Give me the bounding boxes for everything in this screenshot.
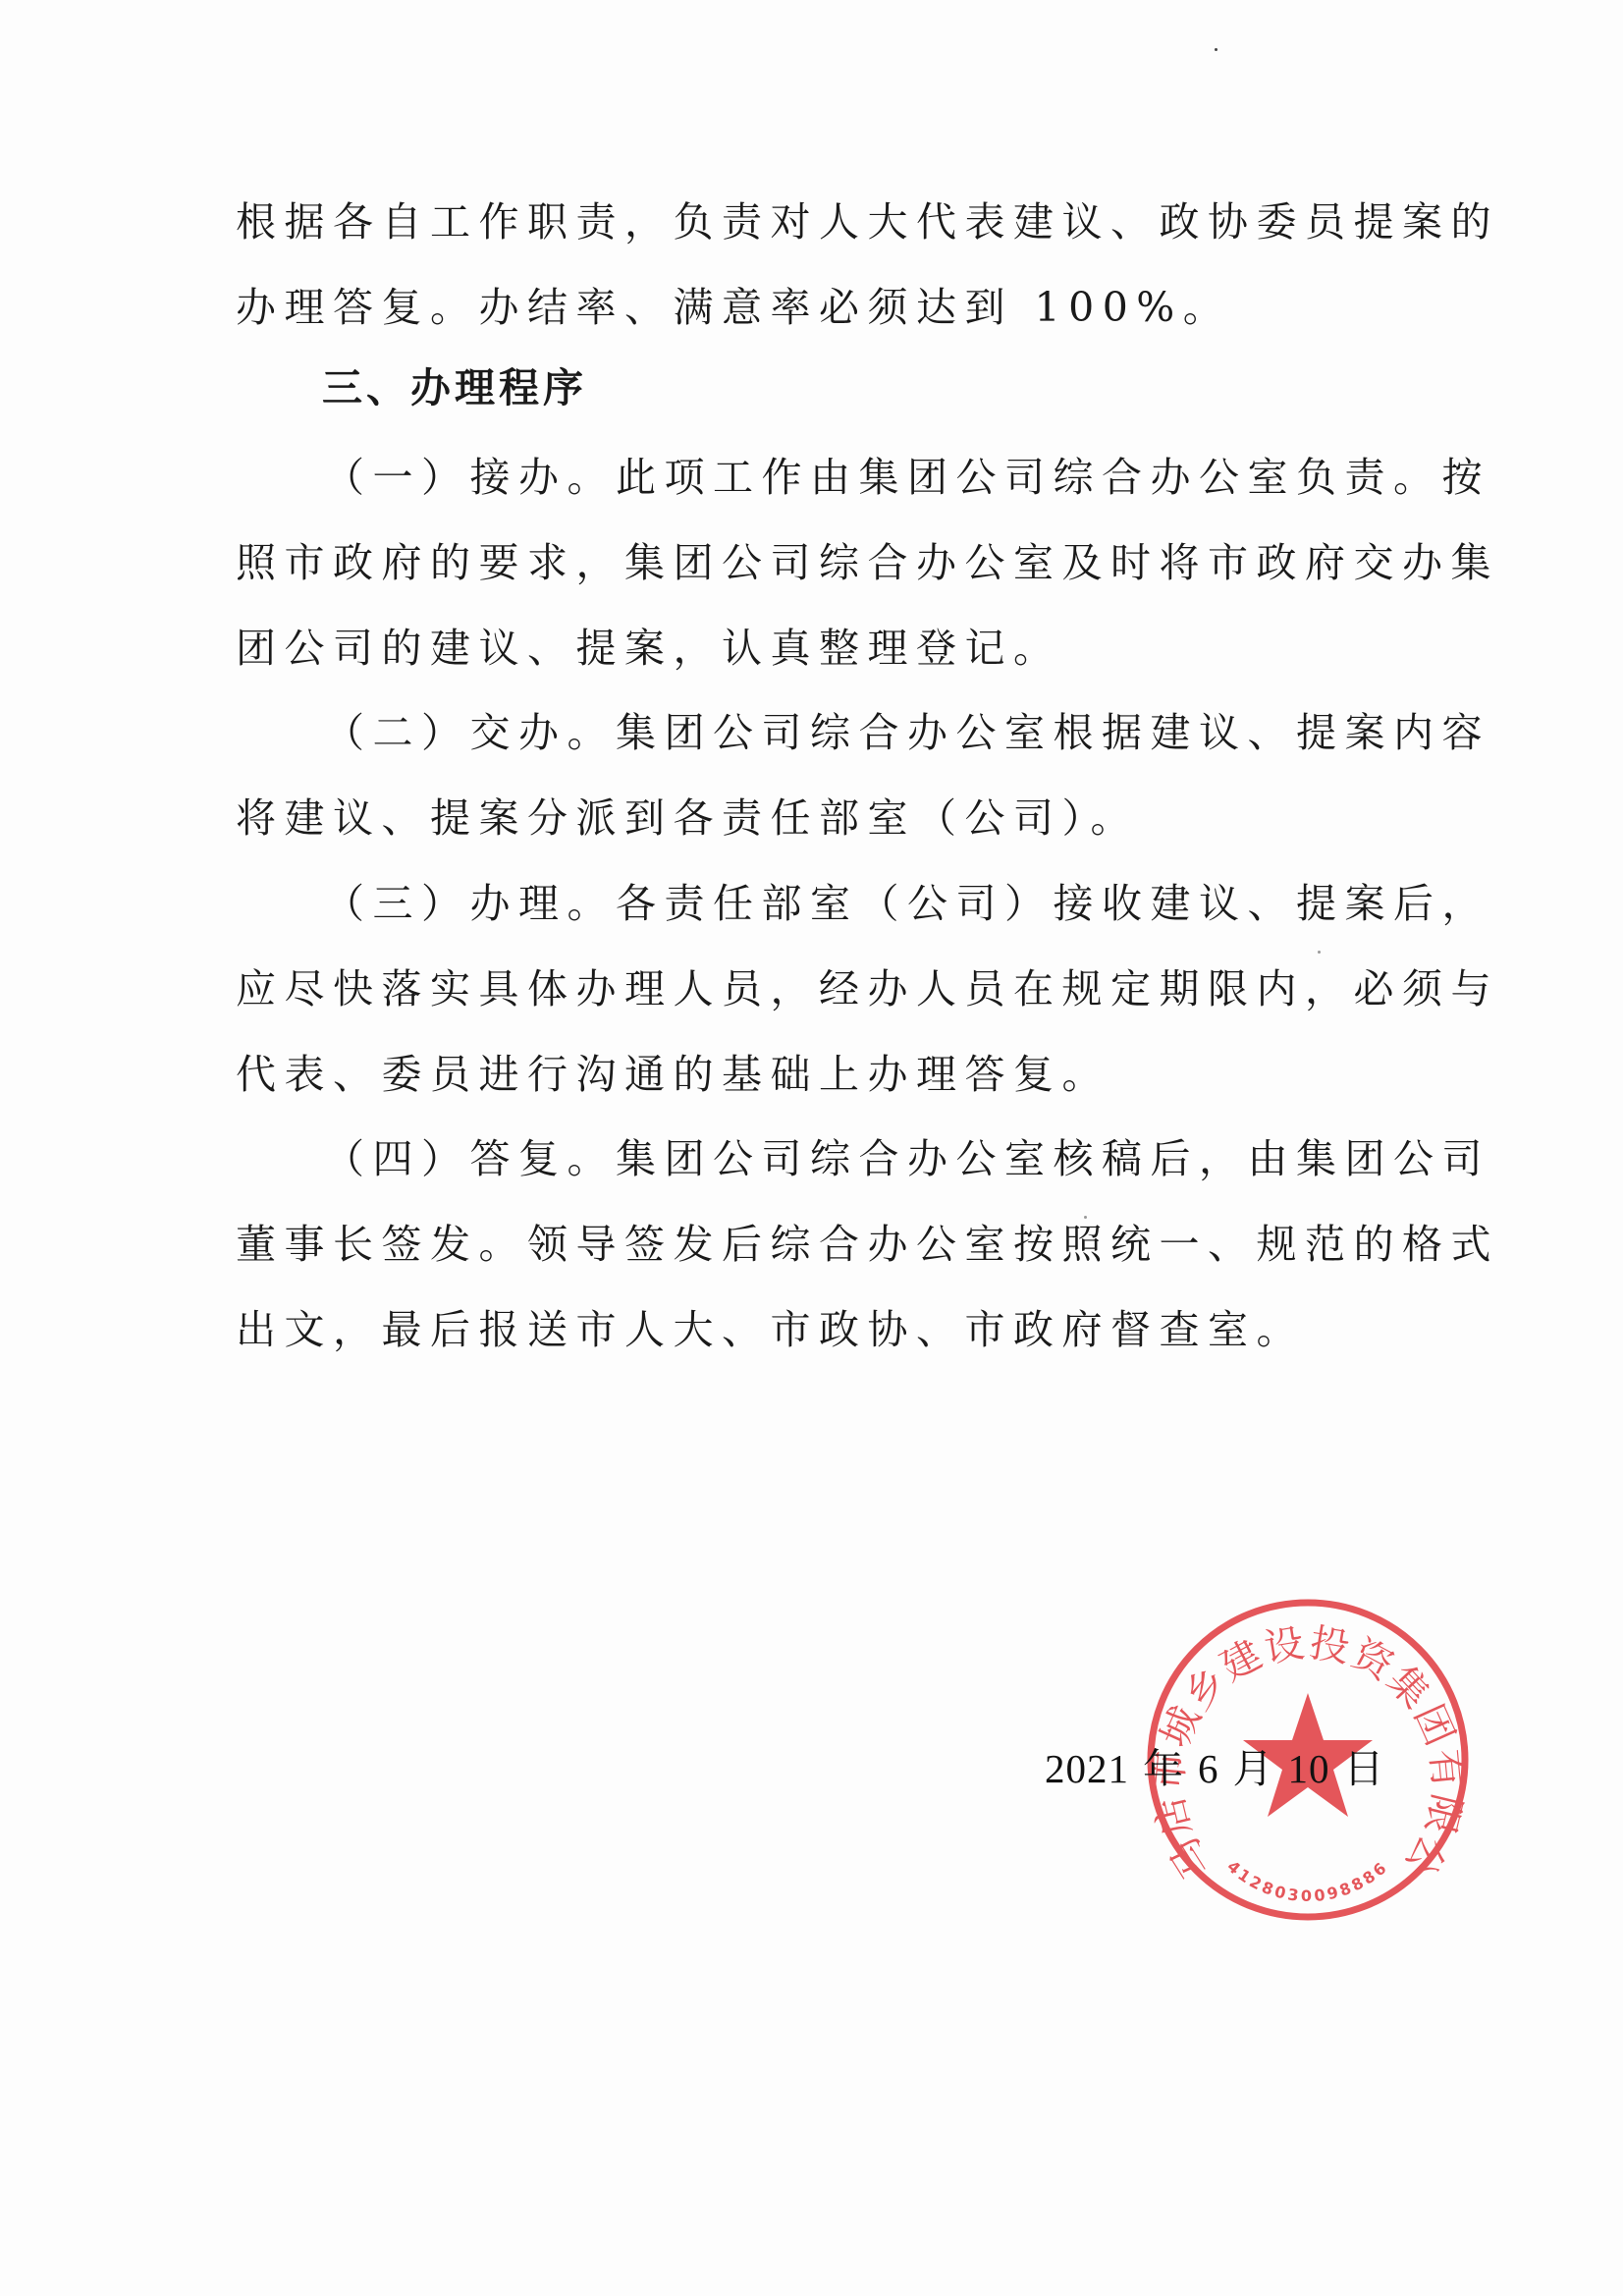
- seal-code-text: 4128030098886: [1223, 1857, 1391, 1905]
- procedure-4: （四）答复。集团公司综合办公室核稿后，由集团公司 董事长签发。领导签发后综合办公…: [236, 1117, 1375, 1373]
- document-page: 根据各自工作职责，负责对人大代表建议、政协委员提案的 办理答复。办结率、满意率必…: [0, 0, 1623, 2296]
- signature-date: 2021年6月10日: [1045, 1736, 1385, 1794]
- scan-speck: [1215, 48, 1217, 51]
- procedure-3-line-2: 应尽快落实具体办理人员，经办人员在规定期限内，必须与: [236, 947, 1375, 1032]
- procedure-1-line-1: （一）接办。此项工作由集团公司综合办公室负责。按: [236, 435, 1375, 520]
- procedure-4-line-2: 董事长签发。领导签发后综合办公室按照统一、规范的格式: [236, 1202, 1375, 1287]
- procedure-2: （二）交办。集团公司综合办公室根据建议、提案内容 将建议、提案分派到各责任部室（…: [236, 690, 1375, 861]
- scan-speck: [1084, 1216, 1087, 1219]
- intro-paragraph: 根据各自工作职责，负责对人大代表建议、政协委员提案的 办理答复。办结率、满意率必…: [236, 180, 1375, 351]
- procedure-2-line-1: （二）交办。集团公司综合办公室根据建议、提案内容: [236, 690, 1375, 776]
- procedure-2-line-2: 将建议、提案分派到各责任部室（公司）。: [236, 776, 1375, 861]
- procedure-1: （一）接办。此项工作由集团公司综合办公室负责。按 照市政府的要求，集团公司综合办…: [236, 435, 1375, 691]
- section-heading: 三、办理程序: [322, 355, 587, 413]
- date-year: 2021: [1045, 1746, 1129, 1791]
- intro-line-1: 根据各自工作职责，负责对人大代表建议、政协委员提案的: [236, 180, 1375, 265]
- procedure-1-line-3: 团公司的建议、提案，认真整理登记。: [236, 606, 1375, 691]
- procedure-3-line-3: 代表、委员进行沟通的基础上办理答复。: [236, 1032, 1375, 1118]
- date-day: 10: [1288, 1746, 1330, 1791]
- procedure-3: （三）办理。各责任部室（公司）接收建议、提案后， 应尽快落实具体办理人员，经办人…: [236, 861, 1375, 1118]
- date-year-unit: 年: [1143, 1746, 1184, 1791]
- procedure-1-line-2: 照市政府的要求，集团公司综合办公室及时将市政府交办集: [236, 520, 1375, 606]
- procedure-3-line-1: （三）办理。各责任部室（公司）接收建议、提案后，: [236, 861, 1375, 947]
- scan-speck: [1318, 951, 1321, 954]
- procedure-4-line-3: 出文，最后报送市人大、市政协、市政府督查室。: [236, 1287, 1375, 1373]
- date-month: 6: [1198, 1746, 1219, 1791]
- date-day-unit: 日: [1344, 1746, 1385, 1791]
- intro-line-2: 办理答复。办结率、满意率必须达到 100%。: [236, 265, 1375, 351]
- procedure-4-line-1: （四）答复。集团公司综合办公室核稿后，由集团公司: [236, 1117, 1375, 1202]
- date-month-unit: 月: [1233, 1746, 1274, 1791]
